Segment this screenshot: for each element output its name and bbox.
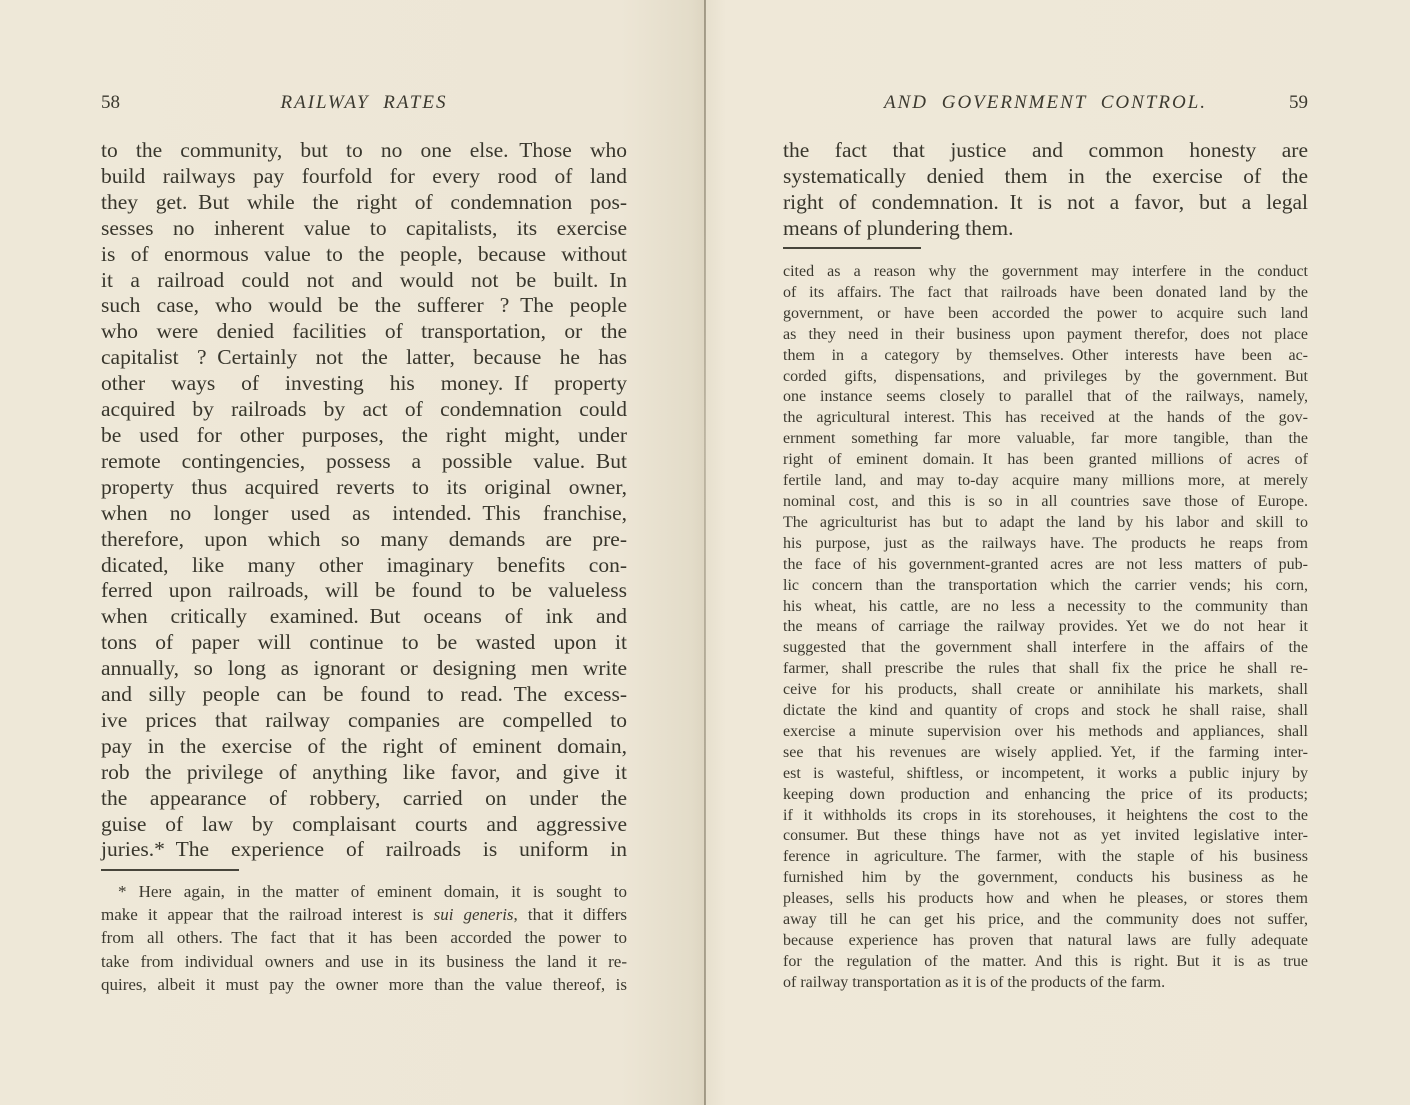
text-line: when critically examined. But oceans of … bbox=[101, 604, 627, 630]
text-line: government, or have been accorded the po… bbox=[783, 304, 1308, 325]
text-line: of railway transportation as it is of th… bbox=[783, 973, 1308, 994]
text-line: take from individual owners and use in i… bbox=[101, 950, 627, 973]
footnote-rule-right bbox=[783, 247, 921, 249]
text-line: of its affairs. The fact that railroads … bbox=[783, 283, 1308, 304]
text-line: them in a category by themselves. Other … bbox=[783, 346, 1308, 367]
text-line: away till he can get his price, and the … bbox=[783, 910, 1308, 931]
text-line: right of condemnation. It is not a favor… bbox=[783, 190, 1308, 216]
text-line: right of eminent domain. It has been gra… bbox=[783, 450, 1308, 471]
text-line: remote contingencies, possess a possible… bbox=[101, 449, 627, 475]
text-line: who were denied facilities of transporta… bbox=[101, 319, 627, 345]
running-header-right: AND GOVERNMENT CONTROL. 59 bbox=[783, 92, 1308, 118]
text-line: is of enormous value to the people, beca… bbox=[101, 242, 627, 268]
text-line: and silly people can be found to read. T… bbox=[101, 682, 627, 708]
text-line: it a railroad could not and would not be… bbox=[101, 268, 627, 294]
text-line: the agricultural interest. This has rece… bbox=[783, 408, 1308, 429]
text-line: the means of carriage the railway provid… bbox=[783, 617, 1308, 638]
text-line: lic concern than the transportation whic… bbox=[783, 576, 1308, 597]
text-line: fertile land, and may to-day acquire man… bbox=[783, 471, 1308, 492]
text-line: ive prices that railway companies are co… bbox=[101, 708, 627, 734]
text-line: one instance seems closely to parallel t… bbox=[783, 387, 1308, 408]
text-line: sesses no inherent value to capitalists,… bbox=[101, 216, 627, 242]
body-text-left: to the community, but to no one else. Th… bbox=[101, 138, 627, 863]
text-line: furnished him by the government, conduct… bbox=[783, 868, 1308, 889]
running-header-left: 58 RAILWAY RATES bbox=[101, 92, 627, 118]
text-line: build railways pay fourfold for every ro… bbox=[101, 164, 627, 190]
page-left: 58 RAILWAY RATES to the community, but t… bbox=[0, 0, 705, 1105]
text-line: systematically denied them in the exerci… bbox=[783, 164, 1308, 190]
book-spread: 58 RAILWAY RATES to the community, but t… bbox=[0, 0, 1410, 1105]
text-line: consumer. But these things have not as y… bbox=[783, 826, 1308, 847]
text-line: because experience has proven that natur… bbox=[783, 931, 1308, 952]
text-line: if it withholds its crops in its storeho… bbox=[783, 806, 1308, 827]
text-line: tons of paper will continue to be wasted… bbox=[101, 630, 627, 656]
text-line: rob the privilege of anything like favor… bbox=[101, 760, 627, 786]
text-line: property thus acquired reverts to its or… bbox=[101, 475, 627, 501]
text-line: to the community, but to no one else. Th… bbox=[101, 138, 627, 164]
text-line: capitalist ? Certainly not the latter, b… bbox=[101, 345, 627, 371]
text-line: ernment something far more valuable, far… bbox=[783, 429, 1308, 450]
text-line: his wheat, his cattle, are no less a nec… bbox=[783, 597, 1308, 618]
text-line: see that his revenues are wisely applied… bbox=[783, 743, 1308, 764]
text-line: other ways of investing his money. If pr… bbox=[101, 371, 627, 397]
text-line: the appearance of robbery, carried on un… bbox=[101, 786, 627, 812]
footnote-text-left: * Here again, in the matter of eminent d… bbox=[101, 880, 627, 996]
text-line: ferred upon railroads, will be found to … bbox=[101, 578, 627, 604]
text-line: such case, who would be the sufferer ? T… bbox=[101, 293, 627, 319]
text-line: means of plundering them. bbox=[783, 216, 1308, 242]
text-line: dictate the kind and quantity of crops a… bbox=[783, 701, 1308, 722]
text-line: ceive for his products, shall create or … bbox=[783, 680, 1308, 701]
text-line: * Here again, in the matter of eminent d… bbox=[101, 880, 627, 903]
text-line: as they need in their business upon paym… bbox=[783, 325, 1308, 346]
text-line: the face of his government-granted acres… bbox=[783, 555, 1308, 576]
text-line: when no longer used as intended. This fr… bbox=[101, 501, 627, 527]
text-line: his purpose, just as the railways have. … bbox=[783, 534, 1308, 555]
text-line: acquired by railroads by act of condemna… bbox=[101, 397, 627, 423]
text-line: exercise a minute supervision over his m… bbox=[783, 722, 1308, 743]
text-line: corded gifts, dispensations, and privile… bbox=[783, 367, 1308, 388]
running-title-right: AND GOVERNMENT CONTROL. bbox=[783, 92, 1308, 114]
text-line: they get. But while the right of condemn… bbox=[101, 190, 627, 216]
page-fold-line bbox=[704, 0, 706, 1105]
text-line: nominal cost, and this is so in all coun… bbox=[783, 492, 1308, 513]
text-line: cited as a reason why the government may… bbox=[783, 262, 1308, 283]
footnote-text-right: cited as a reason why the government may… bbox=[783, 262, 1308, 994]
text-line: The agriculturist has but to adapt the l… bbox=[783, 513, 1308, 534]
text-line: annually, so long as ignorant or designi… bbox=[101, 656, 627, 682]
text-line: pleases, sells his products how and when… bbox=[783, 889, 1308, 910]
body-text-right: the fact that justice and common honesty… bbox=[783, 138, 1308, 242]
text-line: suggested that the government shall inte… bbox=[783, 638, 1308, 659]
page-right: AND GOVERNMENT CONTROL. 59 the fact that… bbox=[705, 0, 1410, 1105]
text-line: make it appear that the railroad interes… bbox=[101, 903, 627, 926]
text-line: from all others. The fact that it has be… bbox=[101, 926, 627, 949]
text-line: keeping down production and enhancing th… bbox=[783, 785, 1308, 806]
running-title-left: RAILWAY RATES bbox=[101, 92, 627, 114]
text-line: ference in agriculture. The farmer, with… bbox=[783, 847, 1308, 868]
text-line: quires, albeit it must pay the owner mor… bbox=[101, 973, 627, 996]
text-line: farmer, shall prescribe the rules that s… bbox=[783, 659, 1308, 680]
page-number-right: 59 bbox=[1289, 92, 1308, 114]
text-line: juries.* The experience of railroads is … bbox=[101, 837, 627, 863]
footnote-rule-left bbox=[101, 869, 239, 871]
text-line: guise of law by complaisant courts and a… bbox=[101, 812, 627, 838]
text-line: the fact that justice and common honesty… bbox=[783, 138, 1308, 164]
text-line: therefore, upon which so many demands ar… bbox=[101, 527, 627, 553]
text-line: for the regulation of the matter. And th… bbox=[783, 952, 1308, 973]
text-line: dicated, like many other imaginary benef… bbox=[101, 553, 627, 579]
text-line: be used for other purposes, the right mi… bbox=[101, 423, 627, 449]
text-line: est is wasteful, shiftless, or incompete… bbox=[783, 764, 1308, 785]
text-line: pay in the exercise of the right of emin… bbox=[101, 734, 627, 760]
